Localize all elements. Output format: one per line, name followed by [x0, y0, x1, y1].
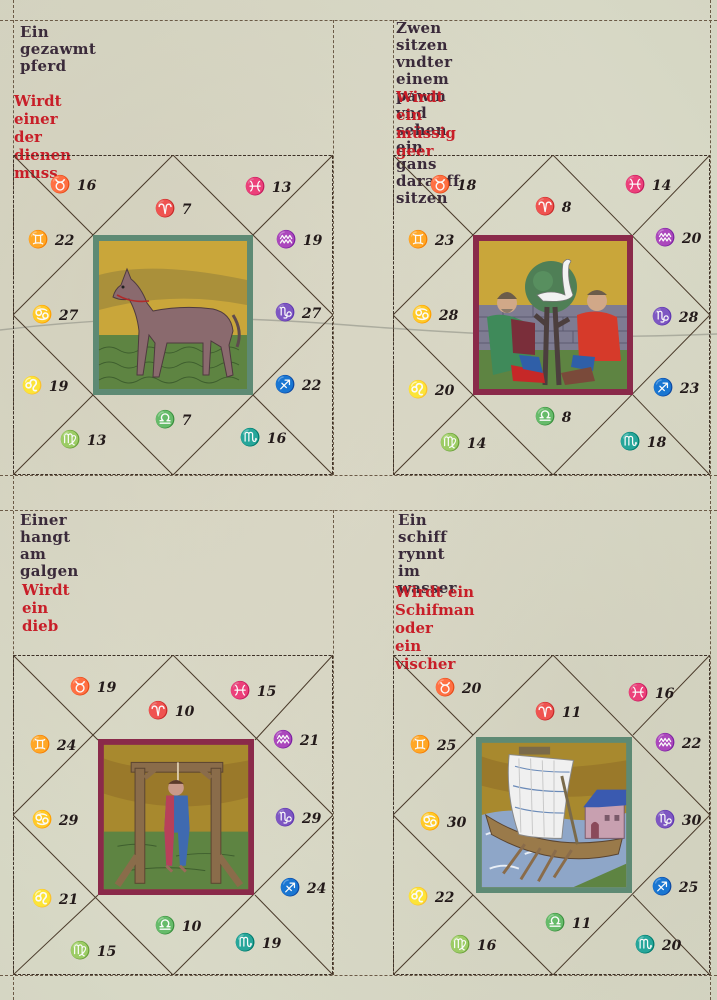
- house-taurus: ♉20: [435, 678, 482, 698]
- leo-icon: ♌: [22, 376, 43, 396]
- ship-illustration: [475, 737, 633, 893]
- house-leo: ♌22: [408, 887, 455, 907]
- house-taurus: ♉18: [430, 175, 477, 195]
- rule-line: [0, 510, 717, 511]
- panel-meaning: Wirdt ein müssig geer: [396, 88, 456, 160]
- house-cancer: ♋29: [32, 810, 79, 830]
- scorpio-icon: ♏: [635, 935, 656, 955]
- horoscope-chart: ♉18 ♈8 ♓14 ♒20 ♑28 ♐23 ♏18 ♎8 ♍14 ♌20 ♋2…: [393, 155, 710, 475]
- rule-line: [333, 20, 334, 475]
- house-virgo: ♍13: [60, 430, 107, 450]
- aquarius-icon: ♒: [276, 230, 297, 250]
- virgo-icon: ♍: [450, 935, 471, 955]
- house-virgo: ♍16: [450, 935, 497, 955]
- gemini-icon: ♊: [410, 735, 431, 755]
- scorpio-icon: ♏: [240, 428, 261, 448]
- leo-icon: ♌: [408, 887, 429, 907]
- house-pisces: ♓16: [628, 683, 675, 703]
- house-scorpio: ♏18: [620, 432, 667, 452]
- scorpio-icon: ♏: [620, 432, 641, 452]
- house-aries: ♈8: [535, 197, 572, 217]
- leo-icon: ♌: [408, 380, 429, 400]
- capricorn-icon: ♑: [655, 810, 676, 830]
- house-scorpio: ♏19: [235, 933, 282, 953]
- taurus-icon: ♉: [70, 677, 91, 697]
- sagittarius-icon: ♐: [653, 378, 674, 398]
- horoscope-chart: ♉19 ♈10 ♓15 ♒21 ♑29 ♐24 ♏19 ♎10 ♍15 ♌21 …: [13, 655, 333, 975]
- house-libra: ♎11: [545, 913, 592, 933]
- pisces-icon: ♓: [230, 681, 251, 701]
- leo-icon: ♌: [32, 889, 53, 909]
- pisces-icon: ♓: [628, 683, 649, 703]
- gemini-icon: ♊: [28, 230, 49, 250]
- panel-meaning: Wirdt ein dieb: [22, 581, 70, 635]
- taurus-icon: ♉: [430, 175, 451, 195]
- capricorn-icon: ♑: [275, 808, 296, 828]
- virgo-icon: ♍: [60, 430, 81, 450]
- house-sagittarius: ♐22: [275, 375, 322, 395]
- house-aries: ♈10: [148, 701, 195, 721]
- house-cancer: ♋28: [412, 305, 459, 325]
- libra-icon: ♎: [155, 410, 176, 430]
- house-scorpio: ♏20: [635, 935, 682, 955]
- aquarius-icon: ♒: [273, 730, 294, 750]
- house-gemini: ♊22: [28, 230, 75, 250]
- house-pisces: ♓14: [625, 175, 672, 195]
- rule-line: [333, 510, 334, 975]
- house-sagittarius: ♐25: [652, 877, 699, 897]
- horse-illustration: [93, 235, 253, 395]
- libra-icon: ♎: [155, 916, 176, 936]
- house-aquarius: ♒21: [273, 730, 320, 750]
- house-libra: ♎10: [155, 916, 202, 936]
- house-capricorn: ♑27: [275, 303, 322, 323]
- house-virgo: ♍15: [70, 941, 117, 961]
- house-capricorn: ♑30: [655, 810, 702, 830]
- panel-caption: Ein gezawmt pferd: [20, 24, 96, 75]
- libra-icon: ♎: [545, 913, 566, 933]
- aquarius-icon: ♒: [655, 228, 676, 248]
- cancer-icon: ♋: [32, 810, 53, 830]
- sagittarius-icon: ♐: [280, 878, 301, 898]
- aries-icon: ♈: [148, 701, 169, 721]
- house-aries: ♈11: [535, 702, 582, 722]
- gallows-illustration: [97, 739, 255, 895]
- house-gemini: ♊24: [30, 735, 77, 755]
- horoscope-chart: ♉20 ♈11 ♓16 ♒22 ♑30 ♐25 ♏20 ♎11 ♍16 ♌22 …: [393, 655, 710, 975]
- house-sagittarius: ♐23: [653, 378, 700, 398]
- panel-caption: Einer hangt am galgen: [20, 512, 79, 580]
- sagittarius-icon: ♐: [275, 375, 296, 395]
- rule-line: [0, 20, 717, 21]
- house-aquarius: ♒20: [655, 228, 702, 248]
- house-cancer: ♋27: [32, 305, 79, 325]
- aquarius-icon: ♒: [655, 733, 676, 753]
- house-pisces: ♓13: [245, 177, 292, 197]
- house-taurus: ♉16: [50, 175, 97, 195]
- house-virgo: ♍14: [440, 433, 487, 453]
- house-leo: ♌21: [32, 889, 79, 909]
- house-libra: ♎7: [155, 410, 192, 430]
- house-sagittarius: ♐24: [280, 878, 327, 898]
- virgo-icon: ♍: [440, 433, 461, 453]
- aries-icon: ♈: [155, 199, 176, 219]
- house-aries: ♈7: [155, 199, 192, 219]
- house-libra: ♎8: [535, 407, 572, 427]
- horoscope-chart: ♉16 ♈7 ♓13 ♒19 ♑27 ♐22 ♏16 ♎7 ♍13 ♌19 ♋2…: [13, 155, 333, 475]
- house-gemini: ♊23: [408, 230, 455, 250]
- house-scorpio: ♏16: [240, 428, 287, 448]
- virgo-icon: ♍: [70, 941, 91, 961]
- house-cancer: ♋30: [420, 812, 467, 832]
- cancer-icon: ♋: [420, 812, 441, 832]
- pisces-icon: ♓: [625, 175, 646, 195]
- aries-icon: ♈: [535, 702, 556, 722]
- rule-line: [0, 475, 717, 476]
- gemini-icon: ♊: [30, 735, 51, 755]
- rule-line: [0, 975, 717, 976]
- house-gemini: ♊25: [410, 735, 457, 755]
- pisces-icon: ♓: [245, 177, 266, 197]
- house-aquarius: ♒19: [276, 230, 323, 250]
- capricorn-icon: ♑: [275, 303, 296, 323]
- house-capricorn: ♑28: [652, 307, 699, 327]
- aries-icon: ♈: [535, 197, 556, 217]
- house-leo: ♌20: [408, 380, 455, 400]
- house-taurus: ♉19: [70, 677, 117, 697]
- house-capricorn: ♑29: [275, 808, 322, 828]
- two-men-goose-illustration: [473, 235, 633, 395]
- taurus-icon: ♉: [50, 175, 71, 195]
- gemini-icon: ♊: [408, 230, 429, 250]
- house-pisces: ♓15: [230, 681, 277, 701]
- taurus-icon: ♉: [435, 678, 456, 698]
- cancer-icon: ♋: [412, 305, 433, 325]
- sagittarius-icon: ♐: [652, 877, 673, 897]
- cancer-icon: ♋: [32, 305, 53, 325]
- scorpio-icon: ♏: [235, 933, 256, 953]
- capricorn-icon: ♑: [652, 307, 673, 327]
- house-leo: ♌19: [22, 376, 69, 396]
- house-aquarius: ♒22: [655, 733, 702, 753]
- libra-icon: ♎: [535, 407, 556, 427]
